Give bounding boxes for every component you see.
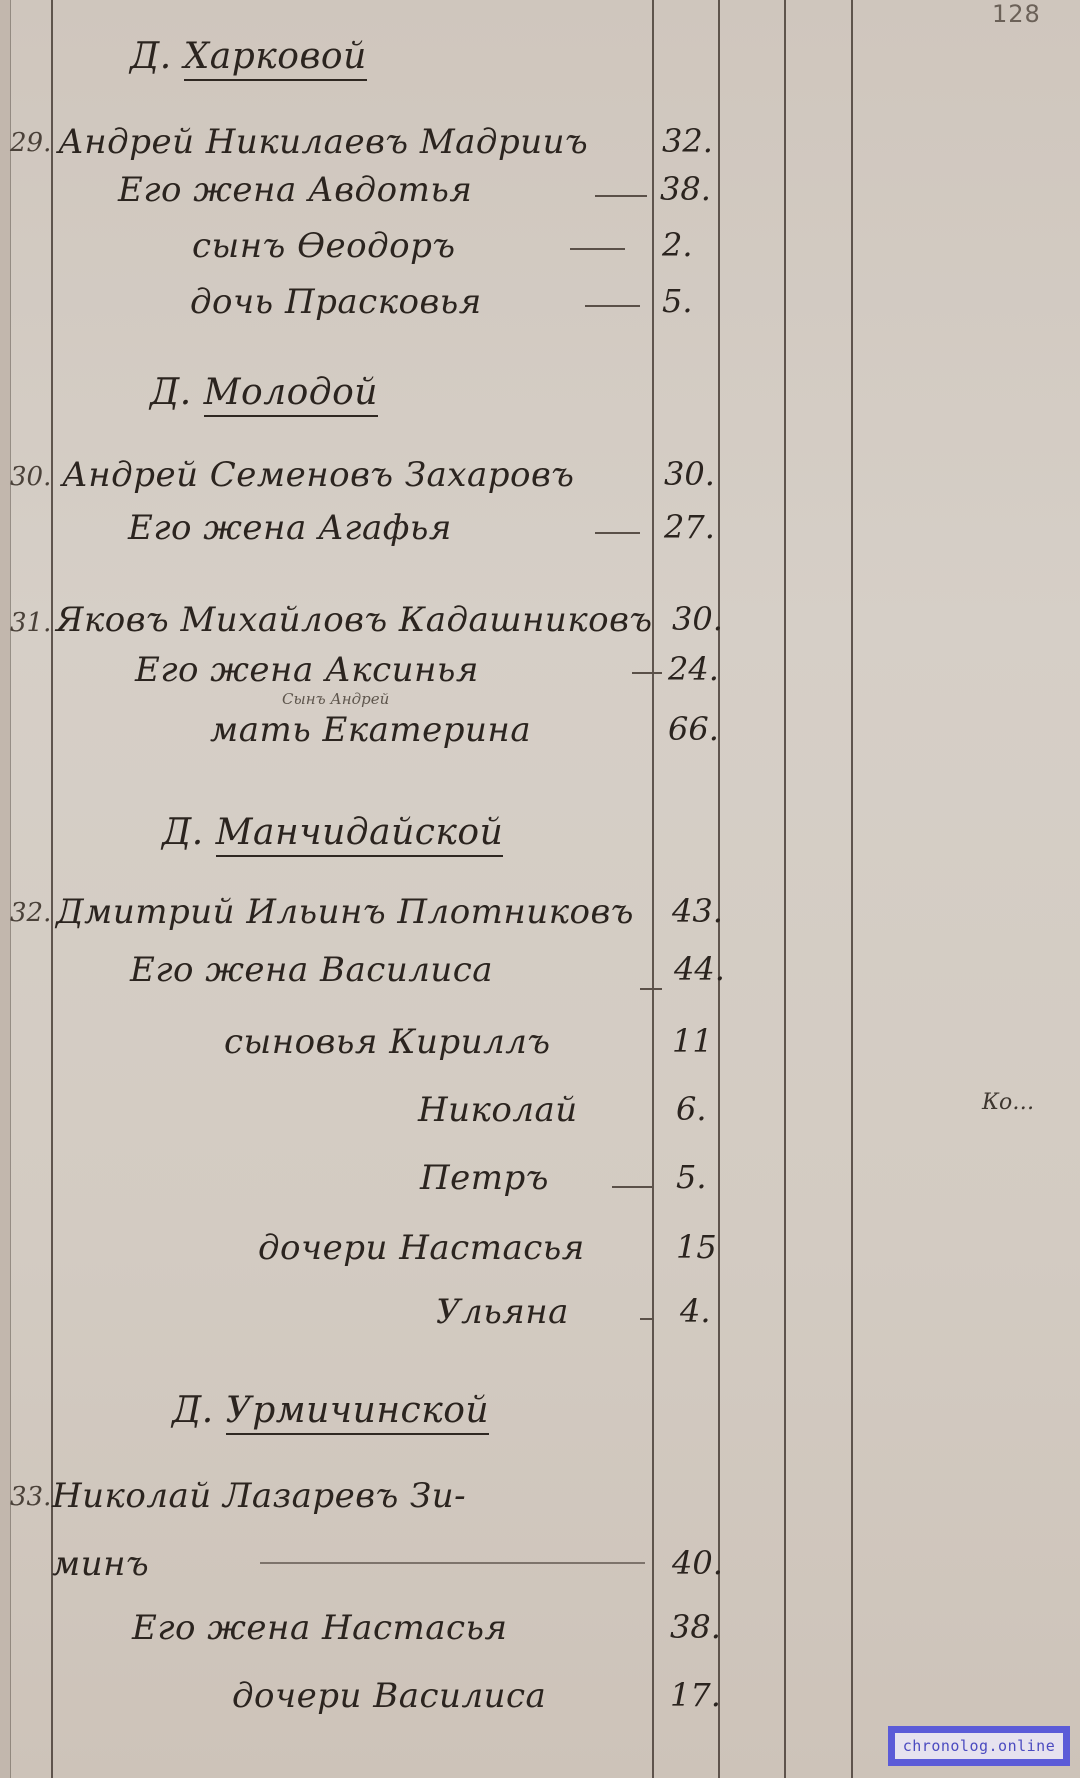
age: 17. bbox=[670, 1676, 721, 1714]
household-head: Дмитрий Ильинъ Плотниковъ bbox=[56, 892, 634, 932]
dash bbox=[640, 1318, 654, 1320]
age: 4. bbox=[680, 1292, 711, 1330]
watermark-badge: chronolog.online bbox=[888, 1726, 1070, 1766]
entry-number: 33. bbox=[10, 1482, 51, 1512]
age: 2. bbox=[662, 226, 693, 264]
dash bbox=[260, 1562, 645, 1564]
section-heading: Д. Манчидайской bbox=[162, 812, 503, 853]
margin-note: Ко… bbox=[982, 1090, 1034, 1115]
age: 24. bbox=[668, 650, 719, 688]
family-member: Его жена Аксинья bbox=[135, 650, 479, 690]
column-rule bbox=[652, 0, 654, 1778]
age: 38. bbox=[660, 170, 711, 208]
dash bbox=[595, 532, 640, 534]
heading-prefix: Д. bbox=[130, 36, 172, 77]
dash bbox=[570, 248, 625, 250]
village-name: Урмичинской bbox=[226, 1390, 489, 1435]
village-name: Харковой bbox=[184, 36, 367, 81]
age: 43. bbox=[672, 892, 723, 930]
village-name: Молодой bbox=[204, 372, 378, 417]
family-member: Его жена Агафья bbox=[128, 508, 452, 548]
age: 27. bbox=[664, 508, 715, 546]
age: 6. bbox=[676, 1090, 707, 1128]
family-member: сынъ Ѳеодоръ bbox=[192, 226, 456, 266]
entry-number: 31. bbox=[10, 608, 51, 638]
dash bbox=[585, 305, 640, 307]
section-heading: Д. Молодой bbox=[150, 372, 378, 413]
section-heading: Д. Урмичинской bbox=[172, 1390, 489, 1431]
family-member: Его жена Авдотья bbox=[118, 170, 472, 210]
age: 5. bbox=[676, 1158, 707, 1196]
dash bbox=[612, 1186, 652, 1188]
dash bbox=[595, 195, 647, 197]
ledger-page: 128 Д. Харковой 29. Андрей Никилаевъ Мад… bbox=[0, 0, 1080, 1778]
family-member: сыновья Кириллъ bbox=[224, 1022, 551, 1062]
family-member: Ульяна bbox=[436, 1292, 569, 1332]
age: 44. bbox=[674, 950, 725, 988]
family-member: Николай bbox=[418, 1090, 578, 1130]
age: 38. bbox=[670, 1608, 721, 1646]
age: 5. bbox=[662, 282, 693, 320]
page-number: 128 bbox=[992, 0, 1041, 28]
age: 11 bbox=[672, 1022, 713, 1060]
column-rule bbox=[784, 0, 786, 1778]
entry-number: 29. bbox=[10, 128, 51, 158]
family-member: Его жена Василиса bbox=[130, 950, 493, 990]
column-rule bbox=[718, 0, 720, 1778]
family-member: дочери Настасья bbox=[258, 1228, 585, 1268]
age: 30. bbox=[672, 600, 723, 638]
family-member: Петръ bbox=[420, 1158, 549, 1198]
annotation: Сынъ Андрей bbox=[282, 690, 389, 708]
village-name: Манчидайской bbox=[216, 812, 504, 857]
section-heading: Д. Харковой bbox=[130, 36, 367, 77]
household-head: Андрей Никилаевъ Мадрииъ bbox=[58, 122, 588, 162]
household-head: Яковъ Михайловъ Кадашниковъ bbox=[56, 600, 653, 640]
household-head-continued: минъ bbox=[52, 1544, 149, 1584]
column-rule bbox=[851, 0, 853, 1778]
family-member: дочь Прасковья bbox=[190, 282, 482, 322]
page-edge bbox=[0, 0, 10, 1778]
entry-number: 30. bbox=[10, 462, 51, 492]
age: 30. bbox=[664, 455, 715, 493]
age: 32. bbox=[662, 122, 713, 160]
family-member: Его жена Настасья bbox=[132, 1608, 508, 1648]
family-member: дочери Василиса bbox=[232, 1676, 546, 1716]
dash bbox=[640, 988, 662, 990]
household-head: Андрей Семеновъ Захаровъ bbox=[62, 455, 574, 495]
entry-number: 32. bbox=[10, 898, 51, 928]
age: 15 bbox=[676, 1228, 717, 1266]
household-head: Николай Лазаревъ Зи- bbox=[52, 1476, 466, 1516]
watermark-text: chronolog.online bbox=[895, 1733, 1064, 1759]
age: 66. bbox=[668, 710, 719, 748]
heading-prefix: Д. bbox=[172, 1390, 214, 1431]
age: 40. bbox=[672, 1544, 723, 1582]
dash bbox=[632, 672, 662, 674]
family-member: мать Екатерина bbox=[210, 710, 531, 750]
heading-prefix: Д. bbox=[150, 372, 192, 413]
heading-prefix: Д. bbox=[162, 812, 204, 853]
